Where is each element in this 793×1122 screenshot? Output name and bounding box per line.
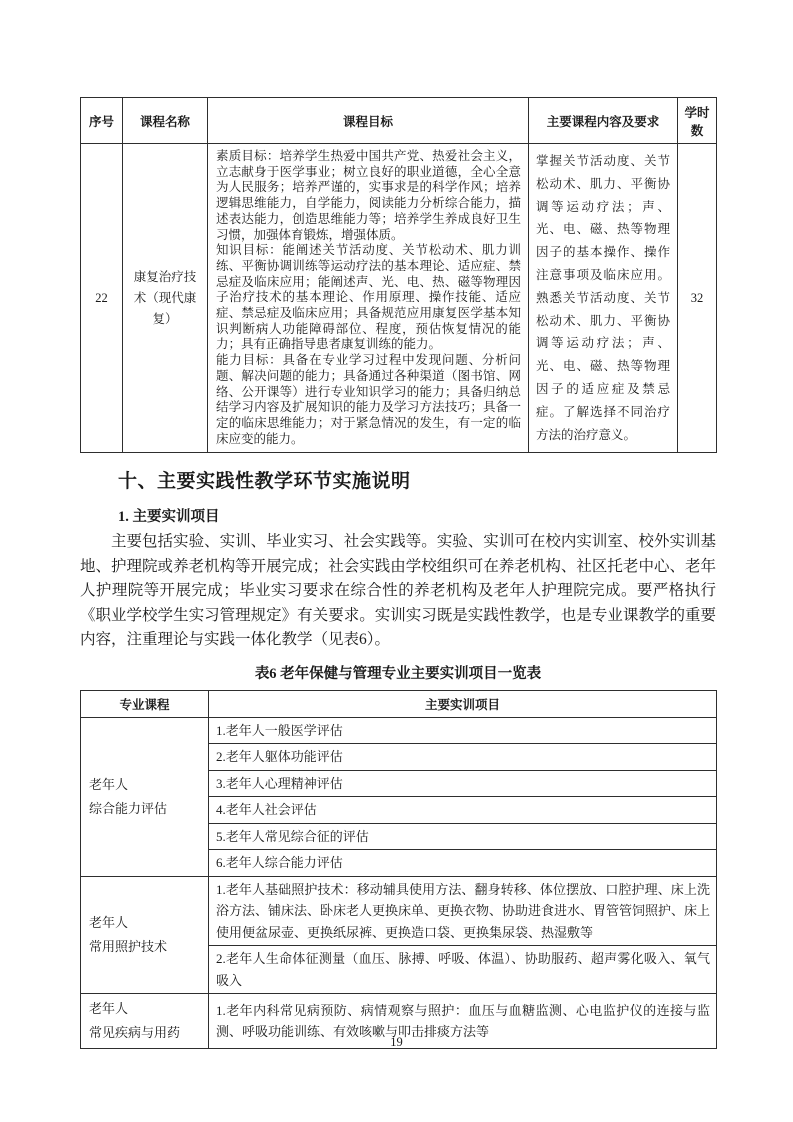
train-item: 1.老年人一般医学评估: [209, 717, 717, 744]
table-row: 老年人 常用照护技术 1.老年人基础照护技术：移动辅具使用方法、翻身转移、体位摆…: [81, 876, 717, 946]
header-objectives: 课程目标: [208, 98, 529, 144]
course-hours-cell: 32: [678, 144, 717, 453]
course-table-header-row: 序号 课程名称 课程目标 主要课程内容及要求 学时数: [81, 98, 717, 144]
course-table: 序号 课程名称 课程目标 主要课程内容及要求 学时数 22 康复治疗技术（现代康…: [80, 97, 717, 453]
header-course-column: 专业课程: [81, 690, 209, 717]
course-content-cell: 掌握关节活动度、关节松动术、肌力、平衡协调等运动疗法；声、光、电、磁、热等物理因…: [529, 144, 678, 453]
train-item: 1.老年人基础照护技术：移动辅具使用方法、翻身转移、体位摆放、口腔护理、床上洗浴…: [209, 876, 717, 946]
training-items-table: 专业课程 主要实训项目 老年人 综合能力评估 1.老年人一般医学评估 2.老年人…: [80, 690, 717, 1050]
objective-nengli: 能力目标：具备在专业学习过程中发现问题、分析问题、解决问题的能力；具备通过各种渠…: [216, 353, 521, 447]
header-seq: 序号: [81, 98, 123, 144]
course-seq-cell: 22: [81, 144, 123, 453]
train-table-header-row: 专业课程 主要实训项目: [81, 690, 717, 717]
train-item: 5.老年人常见综合征的评估: [209, 823, 717, 850]
table-row: 老年人 综合能力评估 1.老年人一般医学评估: [81, 717, 717, 744]
course-group-care: 老年人 常用照护技术: [81, 876, 209, 994]
train-item: 4.老年人社会评估: [209, 797, 717, 824]
header-content: 主要课程内容及要求: [529, 98, 678, 144]
course-objectives-cell: 素质目标：培养学生热爱中国共产党、热爱社会主义，立志献身于医学事业；树立良好的职…: [208, 144, 529, 453]
objective-suzhi: 素质目标：培养学生热爱中国共产党、热爱社会主义，立志献身于医学事业；树立良好的职…: [216, 149, 521, 243]
course-name-cell: 康复治疗技术（现代康复）: [123, 144, 208, 453]
header-name: 课程名称: [123, 98, 208, 144]
train-item: 6.老年人综合能力评估: [209, 850, 717, 877]
train-item: 2.老年人生命体征测量（血压、脉搏、呼吸、体温）、协助服药、超声雾化吸入、氧气吸…: [209, 946, 717, 994]
header-items-column: 主要实训项目: [209, 690, 717, 717]
document-page: 序号 课程名称 课程目标 主要课程内容及要求 学时数 22 康复治疗技术（现代康…: [80, 97, 716, 1049]
course-table-row: 22 康复治疗技术（现代康复） 素质目标：培养学生热爱中国共产党、热爱社会主义，…: [81, 144, 717, 453]
table6-caption: 表6 老年保健与管理专业主要实训项目一览表: [80, 662, 716, 683]
header-hours: 学时数: [678, 98, 717, 144]
objective-zhishi: 知识目标：能阐述关节活动度、关节松动术、肌力训练、平衡协调训练等运动疗法的基本理…: [216, 243, 521, 353]
course-group-eval: 老年人 综合能力评估: [81, 717, 209, 876]
section-heading: 十、主要实践性教学环节实施说明: [80, 466, 716, 493]
section-paragraph: 主要包括实验、实训、毕业实习、社会实践等。实验、实训可在校内实训室、校外实训基地…: [80, 530, 716, 653]
train-item: 3.老年人心理精神评估: [209, 770, 717, 797]
page-number: 19: [0, 1035, 793, 1050]
section-subheading: 1. 主要实训项目: [80, 505, 716, 526]
train-item: 2.老年人躯体功能评估: [209, 744, 717, 771]
